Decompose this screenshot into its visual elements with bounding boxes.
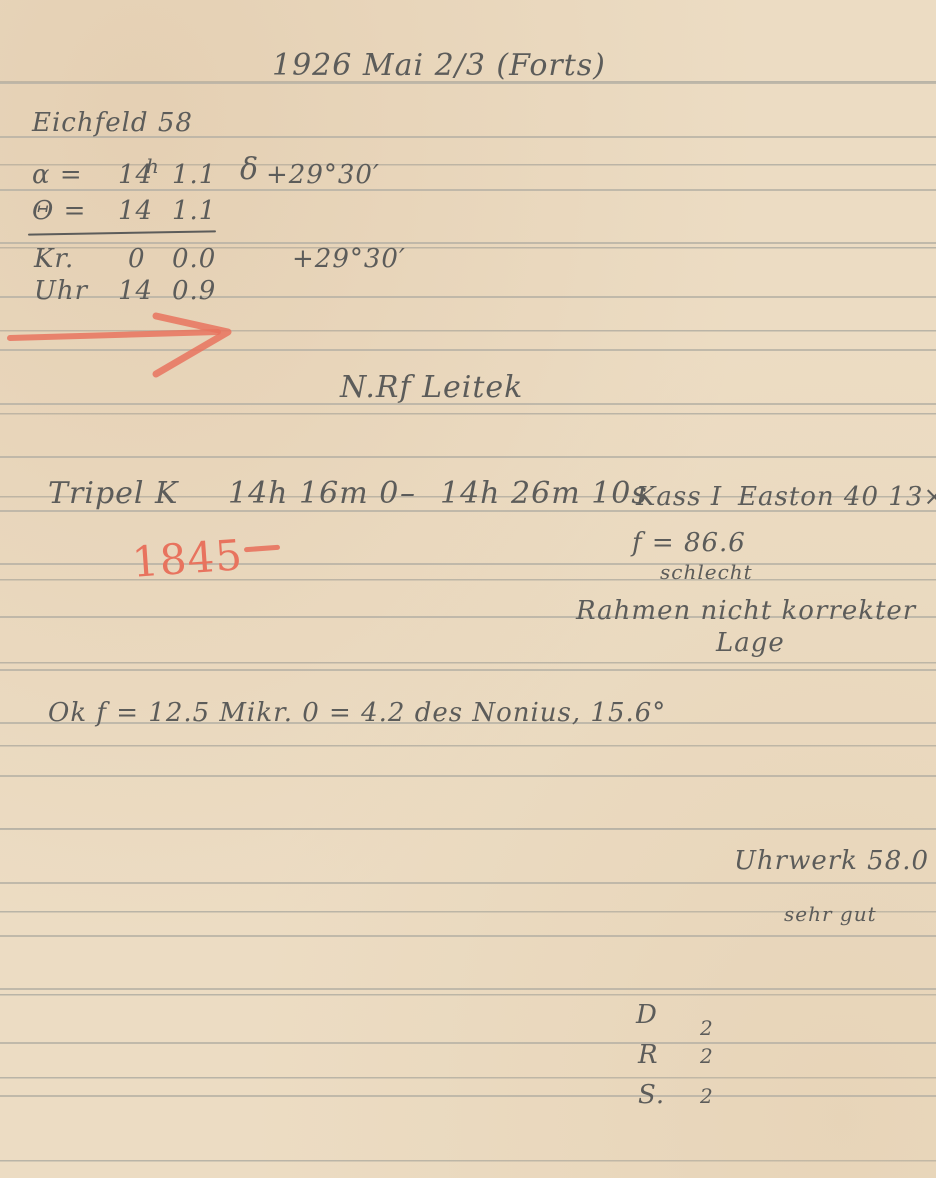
rule-line — [0, 935, 936, 937]
field-title: Eichfeld 58 — [32, 108, 193, 138]
delta-label: δ — [240, 152, 259, 187]
remark-line-2: Lage — [716, 628, 785, 658]
uhr-hours: 14 — [118, 276, 153, 306]
rule-line — [0, 882, 936, 884]
rule-line — [0, 988, 936, 990]
plate-info: Easton 40 13×18 — [738, 482, 936, 512]
rule-line — [0, 1042, 936, 1044]
rating-symbol: R — [638, 1040, 659, 1070]
rule-line — [0, 456, 936, 458]
exposure-end: 14h 26m 10s — [440, 476, 648, 511]
kr-hours: 0 — [128, 244, 146, 274]
clock-line-2: sehr gut — [784, 902, 877, 926]
focus-note: schlecht — [660, 560, 753, 584]
kassette: Kass I — [636, 482, 722, 512]
date-heading: 1926 Mai 2/3 (Forts) — [272, 48, 606, 83]
rating-symbol: S. — [638, 1080, 665, 1110]
rating-value: 2 — [700, 1044, 714, 1068]
alpha-hour-unit: h — [146, 154, 160, 178]
rule-line — [0, 828, 936, 830]
ocular-line: Ok f = 12.5 Mikr. 0 = 4.2 des Nonius, 15… — [48, 698, 666, 728]
rating-value: 2 — [700, 1084, 714, 1108]
red-arrow-icon — [6, 308, 238, 380]
exposure-label: Tripel K — [48, 476, 178, 511]
exposure-start: 14h 16m 0 — [228, 476, 399, 511]
uhr-label: Uhr — [34, 276, 88, 306]
rule-line — [0, 775, 936, 777]
uhr-minutes: 0.9 — [172, 276, 216, 306]
theta-hours: 14 — [118, 196, 153, 226]
kr-minutes: 0.0 — [172, 244, 216, 274]
remark-line-1: Rahmen nicht korrekter — [576, 596, 916, 626]
alpha-minutes: 1.1 — [172, 160, 216, 190]
theta-label: Θ = — [32, 196, 86, 226]
focus-value: f = 86.6 — [632, 528, 746, 558]
red-plate-number: 1845 — [130, 530, 244, 587]
kr-declination: +29°30′ — [292, 244, 406, 274]
rating-symbol: D — [636, 1000, 658, 1030]
theta-minutes: 1.1 — [172, 196, 216, 226]
exposure-dash: – — [400, 476, 416, 511]
rating-value: 2 — [700, 1016, 714, 1040]
instrument-title: N.Rf Leitek — [340, 370, 523, 405]
rule-line — [0, 669, 936, 671]
rule-line — [0, 1095, 936, 1097]
alpha-label: α = — [32, 160, 83, 190]
clock-line-1: Uhrwerk 58.0 — [734, 846, 929, 876]
delta-value: +29°30′ — [266, 160, 380, 190]
kr-label: Kr. — [34, 244, 74, 274]
